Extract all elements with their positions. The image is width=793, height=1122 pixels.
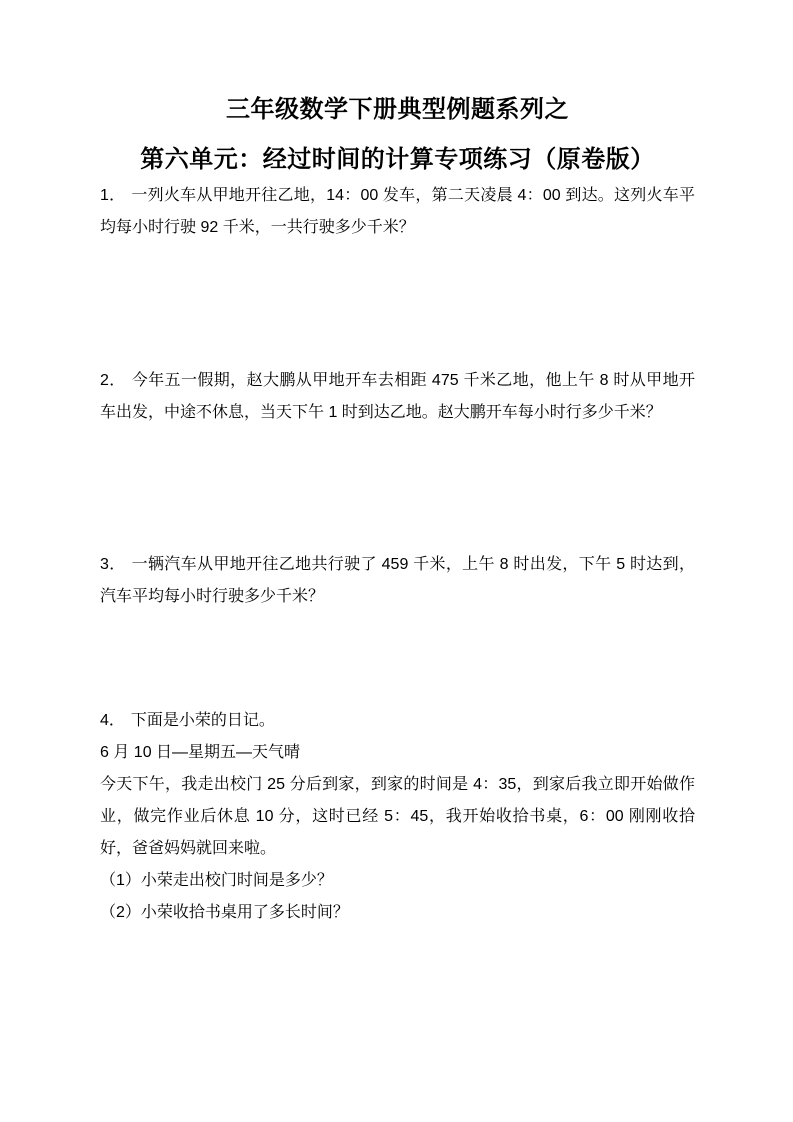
diary-body: 今天下午，我走出校门 25 分后到家，到家的时间是 4：35，到家后我立即开始做…: [100, 769, 695, 865]
diary-date-line: 6 月 10 日—星期五—天气晴: [100, 737, 695, 769]
sub-question-2: （2）小荣收拾书桌用了多长时间？: [100, 897, 695, 929]
doc-title: 三年级数学下册典型例题系列之: [100, 90, 695, 130]
question-2-number: 2．: [100, 372, 126, 389]
worksheet-page: 三年级数学下册典型例题系列之 第六单元：经过时间的计算专项练习（原卷版） 1．一…: [0, 0, 793, 1122]
question-4: 4．下面是小荣的日记。: [100, 705, 695, 737]
question-4-number: 4．: [100, 712, 125, 729]
question-2-text: 今年五一假期，赵大鹏从甲地开车去相距 475 千米乙地，他上午 8 时从甲地开车…: [100, 372, 695, 421]
question-3: 3．一辆汽车从甲地开往乙地共行驶了 459 千米，上午 8 时出发，下午 5 时…: [100, 549, 695, 613]
question-1: 1．一列火车从甲地开往乙地，14：00 发车，第二天凌晨 4：00 到达。这列火…: [100, 180, 695, 244]
sub-question-1: （1）小荣走出校门时间是多少？: [100, 865, 695, 897]
question-4-text: 下面是小荣的日记。: [131, 712, 275, 729]
question-3-number: 3．: [100, 556, 126, 573]
question-2: 2．今年五一假期，赵大鹏从甲地开车去相距 475 千米乙地，他上午 8 时从甲地…: [100, 365, 695, 429]
question-1-text: 一列火车从甲地开往乙地，14：00 发车，第二天凌晨 4：00 到达。这列火车平…: [100, 187, 695, 236]
doc-subtitle: 第六单元：经过时间的计算专项练习（原卷版）: [100, 140, 695, 180]
question-3-text: 一辆汽车从甲地开往乙地共行驶了 459 千米，上午 8 时出发，下午 5 时达到…: [100, 556, 695, 605]
question-1-number: 1．: [100, 187, 125, 204]
